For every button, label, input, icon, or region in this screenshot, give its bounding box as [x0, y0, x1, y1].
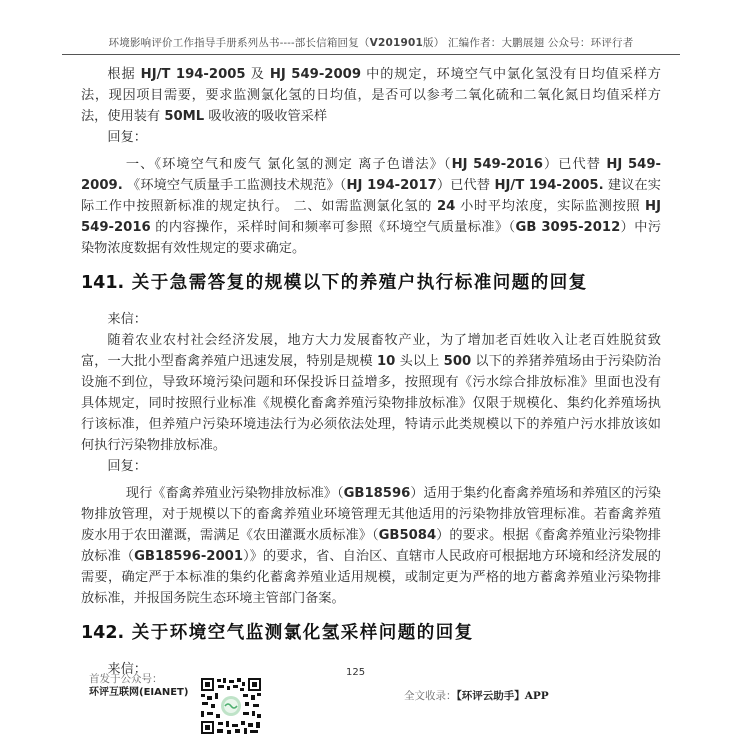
- footer-source: 首发于公众号： 环评互联网(EIANET): [89, 672, 188, 700]
- footer-collected: 全文收录：【环评云助手】APP: [404, 688, 549, 703]
- letter-paragraph: 根据 HJ/T 194-2005 及 HJ 549-2009 中的规定，环境空气…: [81, 64, 661, 127]
- page-body: 根据 HJ/T 194-2005 及 HJ 549-2009 中的规定，环境空气…: [81, 64, 661, 680]
- header-version: V201901: [370, 37, 423, 49]
- letter-label: 来信：: [81, 309, 661, 330]
- reply-label: 回复：: [81, 127, 661, 148]
- reply-paragraph: 一、《环境空气和废气 氯化氢的测定 离子色谱法》（HJ 549-2016）已代替…: [81, 154, 661, 259]
- collected-label: 全文收录：: [404, 690, 457, 702]
- header-series: 环境影响评价工作指导手册系列丛书----部长信箱回复（: [109, 37, 370, 49]
- header-compiler: 汇编作者：大鹏展翅: [448, 37, 544, 49]
- running-header: 环境影响评价工作指导手册系列丛书----部长信箱回复（V201901版） 汇编作…: [62, 36, 680, 55]
- header-wechat: 公众号：环评行者: [548, 37, 634, 49]
- app-name: 【环评云助手】APP: [457, 690, 549, 702]
- section-title-141: 141. 关于急需答复的规模以下的养殖户执行标准问题的回复: [81, 269, 661, 297]
- reply-label: 回复：: [81, 456, 661, 477]
- account-name: 环评互联网(EIANET): [89, 686, 188, 700]
- qr-code-icon[interactable]: [199, 676, 263, 736]
- section-title-142: 142. 关于环境空气监测氯化氢采样问题的回复: [81, 619, 661, 647]
- letter-paragraph: 随着农业农村社会经济发展，地方大力发展畜牧产业，为了增加老百姓收入让老百姓脱贫致…: [81, 330, 661, 456]
- header-version-suffix: 版）: [423, 37, 444, 49]
- reply-paragraph: 现行《畜禽养殖业污染物排放标准》（GB18596）适用于集约化畜禽养殖场和养殖区…: [81, 483, 661, 609]
- first-published-label: 首发于公众号：: [89, 672, 188, 686]
